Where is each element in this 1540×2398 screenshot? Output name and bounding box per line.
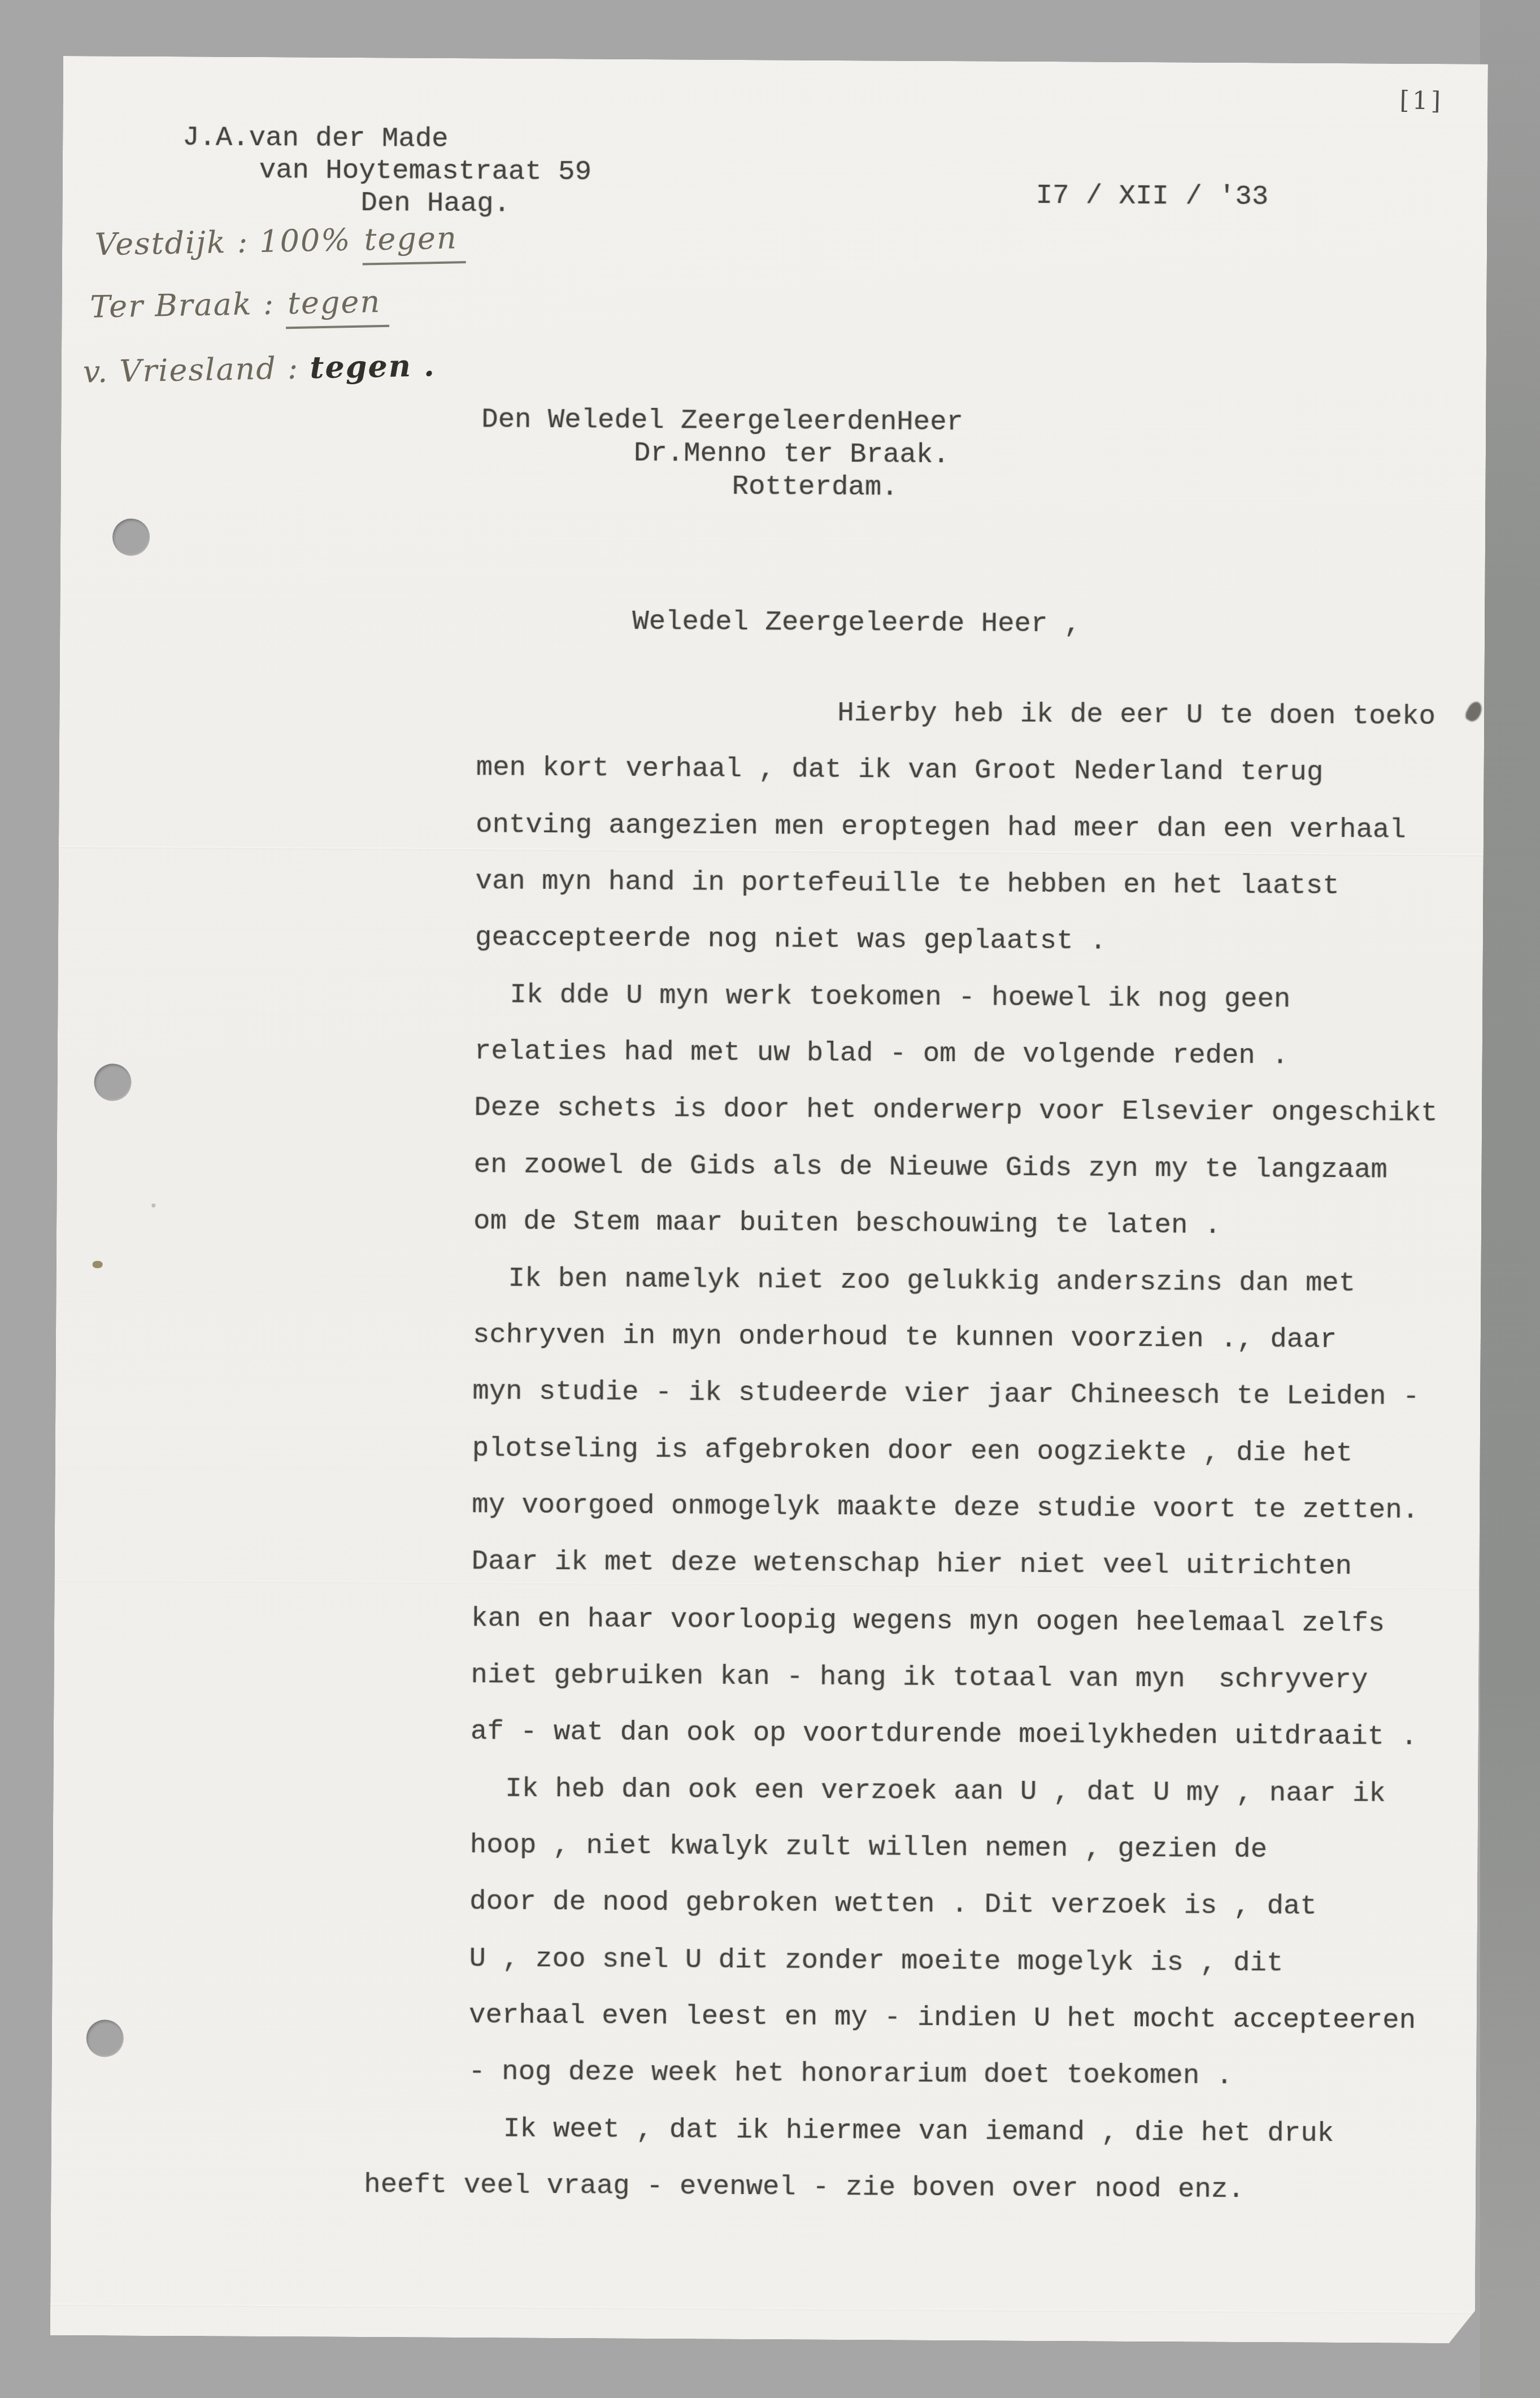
recipient-address-block: Den Weledel ZeergeleerdenHeerDr.Menno te… (63, 56, 1488, 64)
typed-body-line: Ik heb dan ook een verzoek aan U , dat U… (505, 1775, 1386, 1808)
typed-body-line: Ik ben namelyk niet zoo gelukkig andersz… (508, 1265, 1355, 1298)
typed-body-line: om de Stem maar buiten beschouwing te la… (473, 1207, 1221, 1240)
typed-body-line: men kort verhaal , dat ik van Groot Nede… (476, 754, 1324, 787)
typed-body-line: door de nood gebroken wetten . Dit verzo… (469, 1888, 1317, 1921)
typed-body-line: verhaal even leest en my - indien U het … (469, 2001, 1416, 2035)
typed-body-line: my voorgoed onmogelyk maakte deze studie… (472, 1491, 1419, 1524)
annotation-prefix (299, 350, 310, 385)
fold-crease (50, 2304, 1475, 2314)
date-line: I7 / XII / '33 (1036, 182, 1268, 211)
typed-body-line: niet gebruiken kan - hang ik totaal van … (471, 1661, 1368, 1694)
fold-crease (59, 846, 1484, 857)
annotation-row: v. Vriesland : tegen . (82, 347, 436, 390)
salutation-line: Weledel Zeergeleerde Heer , (632, 608, 1081, 638)
recipient-line: Den Weledel ZeergeleerdenHeer (481, 406, 963, 436)
annotation-row: Vestdijk : 100% tegen (94, 220, 466, 270)
annotation-verdict: tegen (285, 284, 389, 329)
annotation-name: v. Vriesland : (82, 350, 299, 390)
paper-speck (151, 1204, 155, 1207)
typed-body-line: Ik weet , dat ik hiermee van iemand , di… (503, 2115, 1334, 2148)
typed-body-line: hoop , niet kwalyk zult willen nemen , g… (470, 1831, 1268, 1863)
typed-body-line: plotseling is afgebroken door een oogzie… (472, 1435, 1353, 1467)
punch-hole-bottom (86, 2019, 124, 2057)
sender-line: van Hoytemastraat 59 (259, 157, 591, 186)
annotation-prefix (274, 285, 285, 321)
typed-body-line: - nog deze week het honorarium doet toek… (468, 2058, 1233, 2090)
annotation-prefix: 100% (248, 222, 362, 260)
typed-body-line: Deze schets is door het onderwerp voor E… (474, 1094, 1438, 1127)
typed-body-line: geaccepteerde nog niet was geplaatst . (475, 924, 1107, 955)
typed-body-line: Daar ik met deze wetenschap hier niet ve… (472, 1548, 1352, 1580)
typed-body-line: en zoowel de Gids als de Nieuwe Gids zyn… (474, 1151, 1388, 1184)
typed-body-line: af - wat dan ook op voortdurende moeilyk… (471, 1718, 1417, 1751)
annotation-verdict: tegen (362, 220, 466, 265)
typed-body-line: ontving aangezien men eroptegen had meer… (476, 811, 1406, 844)
sender-address-block: J.A.van der Madevan Hoytemastraat 59Den … (63, 56, 1488, 64)
editor-verdict-annotations: Vestdijk : 100% tegenTer Braak : tegenv.… (63, 56, 1488, 64)
letter-page: J.A.van der Madevan Hoytemastraat 59Den … (50, 56, 1488, 2343)
punch-hole-middle (94, 1063, 131, 1101)
scanner-bed-shadow (1480, 0, 1540, 2398)
page-number-annotation: [1] (1399, 86, 1443, 116)
sender-line: J.A.van der Made (182, 124, 449, 153)
ink-smudge (1463, 700, 1485, 724)
scanned-letter-background: J.A.van der Madevan Hoytemastraat 59Den … (0, 0, 1540, 2398)
typed-body-line: Hierby heb ik de eer U te doen toeko (837, 700, 1435, 731)
annotation-name: Ter Braak : (90, 286, 275, 325)
sender-line: Den Haag. (360, 189, 510, 218)
typed-body-line: kan en haar voorloopig wegens myn oogen … (471, 1605, 1385, 1637)
typed-body-line: myn studie - ik studeerde vier jaar Chin… (472, 1378, 1419, 1411)
typed-body-line: schryven in myn onderhoud te kunnen voor… (473, 1321, 1337, 1354)
typed-body-line: Ik dde U myn werk toekomen - hoewel ik n… (510, 981, 1290, 1014)
typed-body-line: relaties had met uw blad - om de volgend… (475, 1037, 1289, 1070)
typed-body-line: U , zoo snel U dit zonder moeite mogelyk… (469, 1945, 1283, 1977)
recipient-line: Dr.Menno ter Braak. (634, 440, 950, 469)
typed-body-line: heeft veel vraag - evenwel - zie boven o… (364, 2171, 1245, 2204)
paper-speck (93, 1261, 103, 1268)
annotation-name: Vestdijk : (94, 224, 249, 262)
punch-hole-top (112, 519, 150, 556)
letter-body: Hierby heb ik de eer U te doen toekomen … (63, 56, 1488, 64)
annotation-row: Ter Braak : tegen (90, 284, 389, 333)
annotation-verdict: tegen . (310, 347, 436, 385)
typed-body-line: van myn hand in portefeuille te hebben e… (475, 867, 1339, 900)
recipient-line: Rotterdam. (732, 473, 898, 502)
